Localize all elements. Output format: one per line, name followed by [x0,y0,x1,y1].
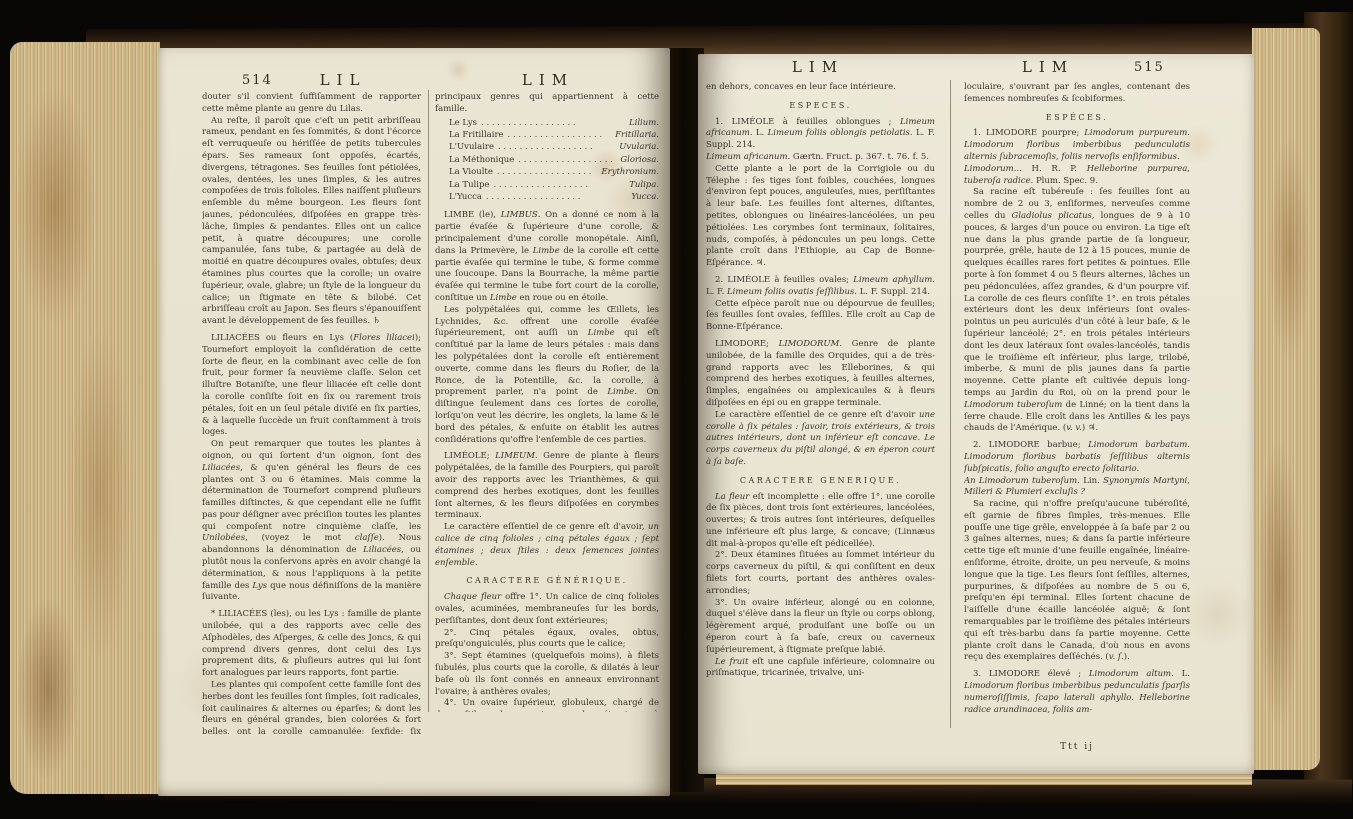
left-page-column-1: douter s'il convient ſuffiſamment de rap… [202,92,421,734]
paragraph: 3°. Un ovaire inférieur, alongé ou en co… [706,598,935,657]
dot-leader: . . . . . . . . . . . . . . . . . . [518,154,616,166]
species-2-limeole: 2. LIMÉOLE à feuilles ovales; Limeum aph… [706,275,935,299]
left-page-column-2: principaux genres qui appartiennent à ce… [435,92,659,712]
running-head-lil: LIL [278,71,408,89]
species-1-limeole: 1. LIMÉOLE à feuilles oblongues ; Limeum… [706,117,935,152]
genus-row: La Vioulte. . . . . . . . . . . . . . . … [449,166,659,178]
paragraph: La fleur eſt incomplette : elle offre 1°… [706,492,935,551]
right-page: LIM LIM 515 en dehors, concaves en leur … [698,54,1254,774]
entry-limodore: LIMODORE; LIMODORUM. Genre de plante uni… [706,339,935,410]
genus-list: Le Lys. . . . . . . . . . . . . . . . . … [435,116,659,206]
species-2-limodore: 2. LIMODORE barbue; Limodorum barbatum. … [964,440,1190,475]
paragraph: Cette eſpèce paroît nue ou dépourvue de … [706,299,935,334]
dot-leader: . . . . . . . . . . . . . . . . . . [508,129,612,141]
paragraph: Au reſte, il paroît que c'eſt un petit a… [202,116,421,328]
section-heading-caractere: CARACTERE GÉNÉRIQUE. [435,575,659,587]
running-head-lim-left: LIM [483,71,613,89]
paragraph: On peut remarquer que toutes les plantes… [202,439,421,604]
dot-leader: . . . . . . . . . . . . . . . . . . [486,191,627,203]
paragraph: 2°. Deux étamines ſituées au ſommet inté… [706,550,935,597]
entry-liliacees-flores: LILIACÉES ou fleurs en Lys (Flores lilia… [202,333,421,439]
paragraph: 4°. Un ovaire ſupérieur, globuleux, char… [435,698,659,712]
genus-row: La Fritillaire. . . . . . . . . . . . . … [449,129,659,141]
page-number-right: 515 [1134,60,1165,75]
paragraph: Le caractère eſſentiel de ce genre eſt d… [435,522,659,569]
section-heading-caractere: CARACTERE GENERIQUE. [706,475,935,487]
paragraph: Le caractère eſſentiel de ce genre eſt d… [706,410,935,469]
column-rule-right-page [950,80,951,728]
entry-limeole: LIMÉOLE; LIMEUM. Genre de plante à fleur… [435,451,659,522]
paragraph: Sa racine, qui n'offre preſqu'aucune tub… [964,499,1190,664]
signature-mark: Ttt ij [964,742,1190,752]
paragraph: An Limodorum tuberoſum. Lin. Synonymis M… [964,476,1190,500]
dot-leader: . . . . . . . . . . . . . . . . . . [497,166,598,178]
running-head-lim-right-2: LIM [983,58,1113,76]
running-head-lim-right-1: LIM [753,58,883,76]
paragraph: 2°. Cinq pétales égaux, ovales, obtus, p… [435,628,659,652]
paragraph: Le fruit eſt une capſule inférieure, col… [706,657,935,681]
paragraph: Limodorum... H. R. P. Helleborine purpur… [964,164,1190,188]
paragraph: Chaque fleur offre 1°. Un calice de cinq… [435,592,659,627]
paragraph: 3°. Sept étamines (quelquefois moins), à… [435,651,659,698]
paragraph: loculaire, s'ouvrant par ſes angles, con… [964,82,1190,106]
paragraph: Les plantes qui compoſent cette famille … [202,680,421,734]
paragraph: Cette plante a le port de la Corrigiole … [706,164,935,270]
genus-row: Le Lys. . . . . . . . . . . . . . . . . … [449,117,659,129]
species-1-limodore: 1. LIMODORE pourpre; Limodorum purpureum… [964,128,1190,163]
paragraph: principaux genres qui appartiennent à ce… [435,92,659,116]
section-heading-especes: ESPECES. [706,100,935,112]
section-heading-especes: ESPÉCES. [964,112,1190,124]
entry-limbe: LIMBE (le), LIMBUS. On a donné ce nom à … [435,210,659,304]
genus-row: L'Uvulaire. . . . . . . . . . . . . . . … [449,141,659,153]
dot-leader: . . . . . . . . . . . . . . . . . . [481,117,625,129]
paragraph: en dehors, concaves en leur face intérie… [706,82,935,94]
dot-leader: . . . . . . . . . . . . . . . . . . [498,141,615,153]
genus-row: La Tulipe. . . . . . . . . . . . . . . .… [449,179,659,191]
book-photo: 514 LIL LIM douter s'il convient ſuffiſa… [0,0,1353,819]
fore-edge-right [1252,28,1320,770]
left-page: 514 LIL LIM douter s'il convient ſuffiſa… [158,48,670,796]
genus-row: L'Yucca. . . . . . . . . . . . . . . . .… [449,191,659,203]
species-3-limodore: 3. LIMODORE élevé ; Limodorum altum. L. … [964,669,1190,716]
paragraph: Limeum africanum. Gærtn. Fruct. p. 367. … [706,152,935,164]
right-page-column-2: loculaire, s'ouvrant par ſes angles, con… [964,82,1190,734]
entry-liliacees-famille: * LILIACÉES (les), ou les Lys : famille … [202,609,421,680]
dot-leader: . . . . . . . . . . . . . . . . . . [493,179,625,191]
fore-edge-left [10,42,160,794]
page-number-left: 514 [242,73,273,88]
right-page-column-1: en dehors, concaves en leur face intérie… [706,82,935,734]
genus-row: La Méthonique. . . . . . . . . . . . . .… [449,154,659,166]
paragraph: douter s'il convient ſuffiſamment de rap… [202,92,421,116]
paragraph: Sa racine eſt tubéreuſe : ſes feuilles ſ… [964,187,1190,435]
paragraph: Les polypétalées qui, comme les Œillets,… [435,305,659,447]
column-rule-left-page [428,90,429,712]
